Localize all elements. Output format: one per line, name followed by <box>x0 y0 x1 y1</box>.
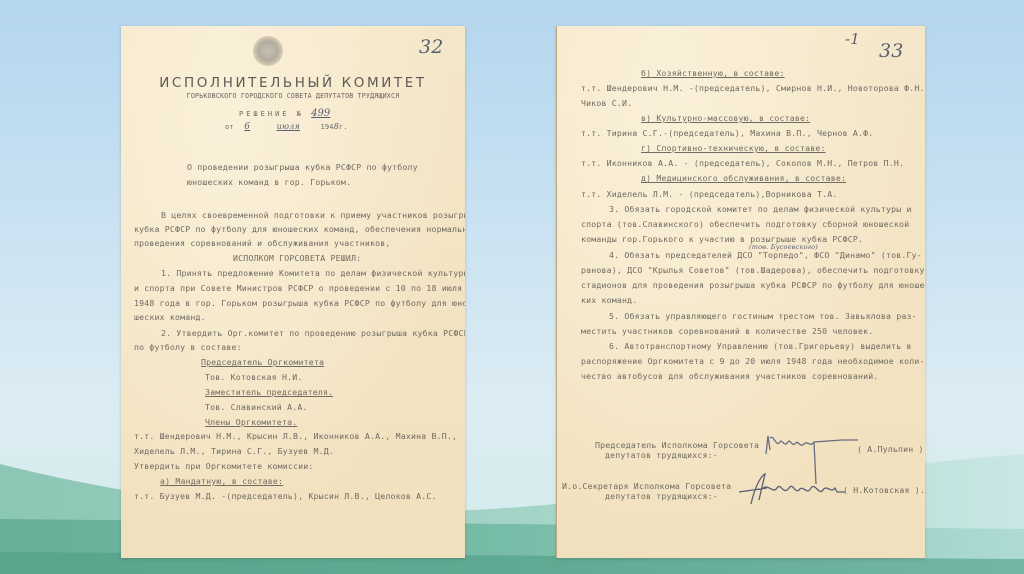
signatory-1-title: депутатов трудящихся:- <box>605 450 718 460</box>
decision-label: РЕШЕНИЕ № <box>239 110 304 118</box>
commission-d-members: т.т. Хиделель Л.М. - (председатель),Ворн… <box>581 189 837 199</box>
commission-b-label: б) Хозяйственную, в составе: <box>641 68 785 78</box>
signatory-1-title: Председатель Исполкома Горсовета <box>595 440 759 450</box>
item-6-line: 6. Автотранспортному Управлению (тов.Гри… <box>609 341 912 351</box>
resolves-heading: ИСПОЛКОМ ГОРСОВЕТА РЕШИЛ: <box>233 253 361 263</box>
document-page-right: -1 33 б) Хозяйственную, в составе: т.т. … <box>556 26 925 558</box>
item-5-line: местить участников соревнований в количе… <box>581 326 873 336</box>
preamble-line: кубка РСФСР по футболу для юношеских ком… <box>134 224 465 234</box>
commission-v-members: т.т. Тирина С.Г.-(председатель), Махина … <box>581 128 873 138</box>
date-prefix: от <box>225 123 234 131</box>
date-month: июля <box>261 122 316 131</box>
preamble-line: проведения соревнований и обслуживания у… <box>134 238 390 248</box>
item-1-line: и спорта при Совете Министров РСФСР о пр… <box>134 283 462 293</box>
commission-g-label: г) Спортивно-техническую, в составе: <box>641 143 826 153</box>
item-1-line: шеских команд. <box>134 312 206 322</box>
item-3-line: команды гор.Горького к участию в розыгры… <box>581 234 863 244</box>
item-3-line: спорта (тов.Славинского) обеспечить подг… <box>581 219 909 229</box>
date-day: 6 <box>238 122 256 132</box>
commission-b-members: Чиков С.И. <box>581 98 632 108</box>
commission-a-members: т.т. Бузуев М.Д. -(председатель), Крысин… <box>134 491 437 501</box>
signatory-2-name: ( Н.Котовская ). <box>843 485 925 495</box>
item-5-line: 5. Обязать управляющего гостиным трестом… <box>609 311 917 321</box>
item-6-line: чество автобусов для обслуживания участн… <box>581 371 879 381</box>
item-6-line: распоряжение Оргкомитета с 9 до 20 июля … <box>581 356 925 366</box>
document-page-left: 32 ИСПОЛНИТЕЛЬНЫЙ КОМИТЕТ ГОРЬКОВСКОГО Г… <box>121 26 465 558</box>
decision-line: РЕШЕНИЕ № 499 <box>239 108 330 119</box>
commission-v-label: в) Культурно-массовую, в составе: <box>641 113 810 123</box>
signatory-1-name: ( А.Пульпин ) <box>857 444 924 454</box>
deputy-label: Заместитель председателя. <box>205 387 333 397</box>
commission-b-members: т.т. Шендерович Н.М. -(председатель), См… <box>581 83 925 93</box>
commission-a-label: а) Мандатную, в составе: <box>160 476 283 486</box>
chairman-label: Председатель Оргкомитета <box>201 357 324 367</box>
subject-line: О проведении розыгрыша кубка РСФСР по фу… <box>187 162 418 172</box>
item-1-line: 1. Принять предложение Комитета по делам… <box>161 268 465 278</box>
deputy-name: Тов. Славинский А.А. <box>205 402 308 412</box>
header-title: ИСПОЛНИТЕЛЬНЫЙ КОМИТЕТ <box>121 75 465 91</box>
page-mark: -1 <box>845 30 860 48</box>
item-3-line: 3. Обязать городской комитет по делам фи… <box>609 204 912 214</box>
item-4-line: ранова), ДСО "Крылья Советов" (тов.Шадер… <box>581 265 925 275</box>
subject-line: юношеских команд в гор. Горьком. <box>187 177 351 187</box>
commission-g-members: т.т. Иконников А.А. - (председатель), Со… <box>581 158 904 168</box>
commissions-intro: Утвердить при Оргкомитете комиссии: <box>134 461 314 471</box>
decision-date: от 6 июля 1948г. <box>225 122 348 132</box>
preamble-line: В целях своевременной подготовки к прием… <box>161 210 465 220</box>
members-label: Члены Оргкомитета. <box>205 417 297 427</box>
item-2-line: по футболу в составе: <box>134 342 242 352</box>
ussr-emblem-icon <box>253 36 283 66</box>
commission-d-label: д) Медицинского обслуживания, в составе: <box>641 173 846 183</box>
item-4-line: стадионов для проведения розыгрыша кубка… <box>581 280 925 290</box>
item-4-line: 4. Обязать председателей ДСО "Торпедо", … <box>609 250 922 260</box>
item-2-line: 2. Утвердить Орг.комитет по проведению р… <box>161 328 465 338</box>
date-year: 194 <box>320 123 333 131</box>
page-number: 33 <box>879 40 904 62</box>
signature-icon <box>737 466 857 511</box>
date-suffix: г. <box>339 123 348 131</box>
signatory-2-title: депутатов трудящихся:- <box>605 491 718 501</box>
signatory-2-title: И.о.Секретаря Исполкома Горсовета <box>562 481 731 491</box>
item-1-line: 1948 года в гор. Горьком розыгрыша кубка… <box>134 298 465 308</box>
members-line: Хиделель Л.М., Тирина С.Г., Бузуев М.Д. <box>134 446 334 456</box>
item-4-line: ких команд. <box>581 295 637 305</box>
members-line: т.т. Шендерович Н.М., Крысин Л.В., Иконн… <box>134 431 457 441</box>
header-subtitle: ГОРЬКОВСКОГО ГОРОДСКОГО СОВЕТА ДЕПУТАТОВ… <box>121 92 465 100</box>
page-number: 32 <box>419 36 444 58</box>
chairman-name: Тов. Котовская Н.И. <box>205 372 302 382</box>
decision-number: 499 <box>311 108 330 119</box>
